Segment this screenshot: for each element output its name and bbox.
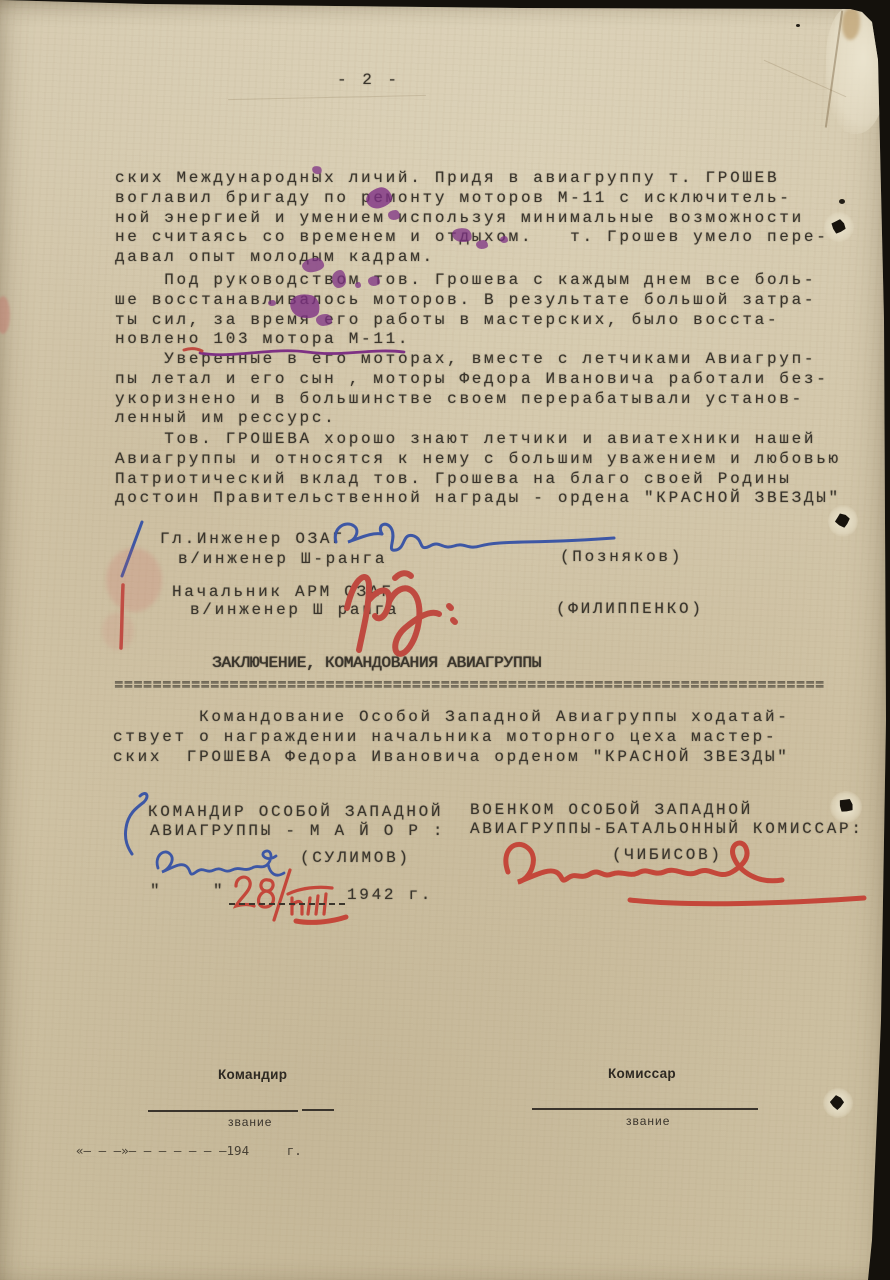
blue-paraph-mark (114, 788, 154, 858)
ink-speck (796, 24, 800, 27)
conclusion-heading: ЗАКЛЮЧЕНИЕ, КОМАНДОВАНИЯ АВИАГРУППЫ (212, 654, 541, 672)
paragraph-2: Под руководством тов. Грошева с каждым д… (115, 271, 855, 350)
scanned-archival-document: { "inks": { "typewriter": "#3a352c", "pr… (0, 0, 890, 1280)
filippenko-signature-ink (335, 556, 495, 664)
handwritten-underline (182, 344, 410, 362)
arm-chief-name: (ФИЛИППЕНКО) (556, 600, 704, 620)
rank-caption-left: звание (228, 1115, 272, 1129)
ink-blot (500, 236, 508, 243)
signature-rule-left-extra (302, 1109, 334, 1111)
ink-smudge (0, 296, 10, 334)
punch-hole (839, 199, 845, 204)
ink-blot (316, 314, 332, 326)
signature-rule-right (532, 1108, 758, 1110)
ink-smudge (102, 612, 134, 650)
ink-blot (476, 240, 488, 249)
date-quote-open: " (150, 882, 162, 902)
ink-blot (268, 300, 276, 306)
pencil-line (228, 95, 426, 100)
form-year-blank-line: «— — —»— — — — — — —194 г. (76, 1143, 302, 1158)
form-commissar-label: Комиссар (608, 1066, 676, 1081)
typed-divider-line: ========================================… (114, 676, 825, 694)
rank-caption-right: звание (626, 1114, 670, 1128)
form-commander-label: Командир (218, 1067, 287, 1082)
ink-blot (332, 270, 346, 288)
ink-blot (388, 210, 400, 220)
ink-blot (355, 282, 361, 288)
typed-year: 1942 г. (347, 886, 433, 906)
document-page: - 2 - ских Международных личий. Придя в … (0, 0, 890, 1280)
chibisov-signature-ink (490, 828, 872, 912)
typed-date-blank (229, 903, 345, 905)
red-underline-flourish (293, 914, 349, 926)
page-number: - 2 - (337, 71, 400, 91)
signature-rule-left (148, 1110, 298, 1112)
commander-title-line2: АВИАГРУППЫ - М А Й О Р : (150, 822, 445, 842)
ink-smudge (106, 548, 162, 612)
paragraph-1: ских Международных личий. Придя в авиагр… (115, 169, 855, 268)
conclusion-paragraph: Командование Особой Западной Авиагруппы … (113, 708, 853, 767)
commander-title-line1: КОМАНДИР ОСОБОЙ ЗАПАДНОЙ (148, 803, 443, 823)
paragraph-4: Тов. ГРОШЕВА хорошо знают летчики и авиа… (115, 430, 855, 509)
commissar-title-line1: ВОЕНКОМ ОСОБОЙ ЗАПАДНОЙ (470, 801, 753, 821)
chief-engineer-title-line1: Гл.Инженер ОЗАГ (160, 530, 345, 550)
date-quote-close: " (213, 882, 225, 902)
ink-blot (368, 276, 380, 286)
